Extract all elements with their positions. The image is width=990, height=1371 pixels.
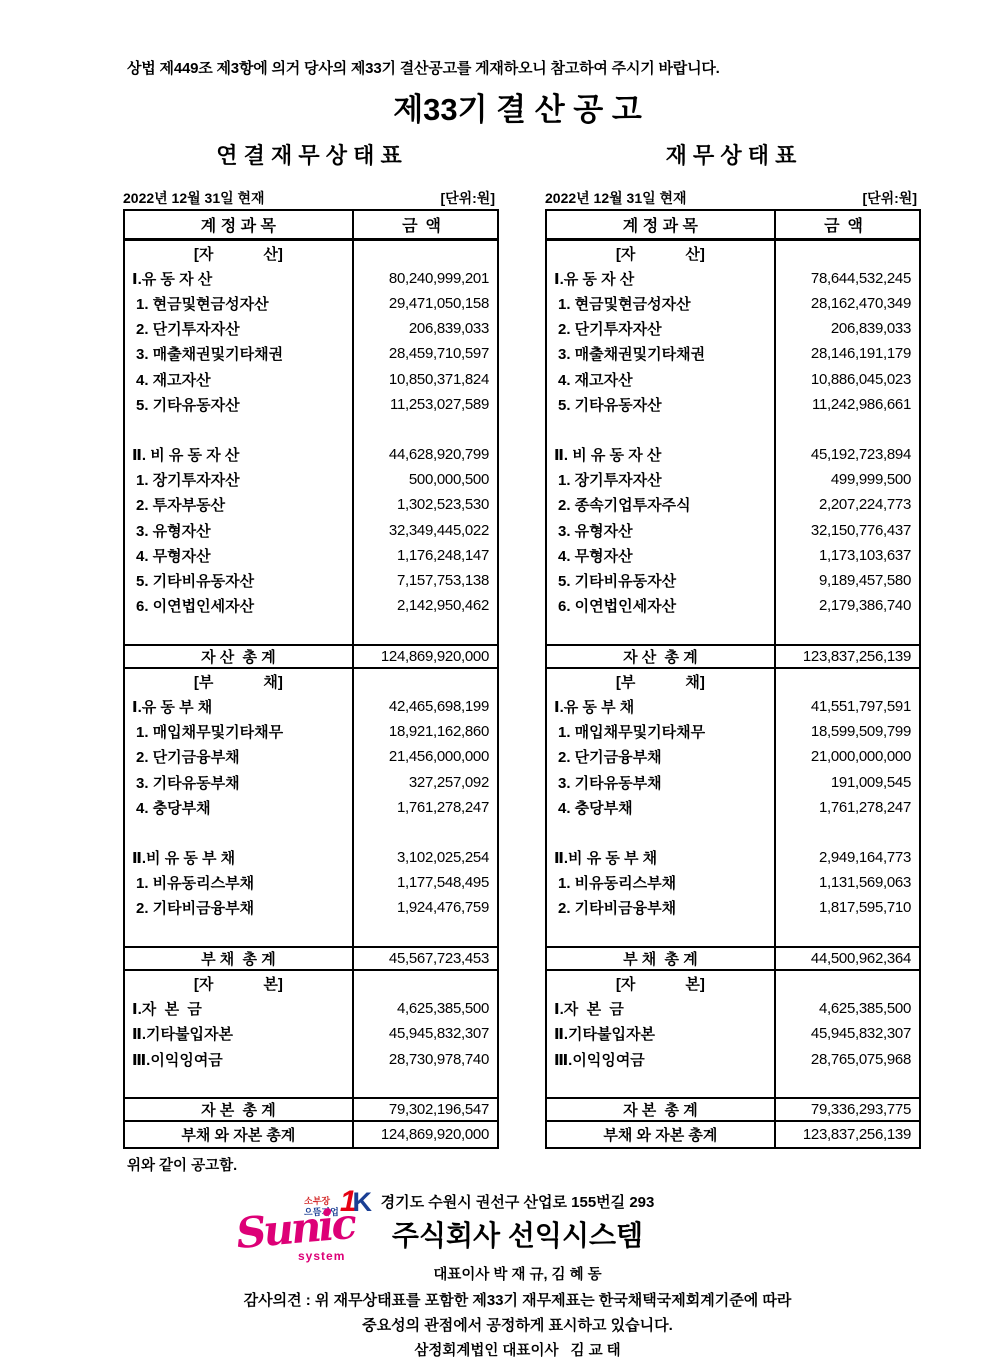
table-row: Ⅰ.유 동 부 채42,465,698,199 [125,694,497,719]
amount-value: 21,000,000,000 [776,744,919,769]
account-label [125,618,354,643]
table-row: 1. 장기투자자산499,999,500 [547,467,919,492]
amount-value: 79,336,293,775 [776,1099,919,1120]
account-label: 1. 장기투자자산 [125,467,354,492]
account-label: 부 채 총 계 [547,948,776,969]
total-row: 부채 와 자본 총계123,837,256,139 [547,1122,919,1147]
table-row: 1. 장기투자자산500,000,500 [125,467,497,492]
account-label: Ⅰ.자 본 금 [547,996,776,1021]
account-label: Ⅲ.이익잉여금 [547,1047,776,1072]
amount-value: 123,837,256,139 [776,1122,919,1147]
amount-value: 45,945,832,307 [776,1021,919,1046]
account-label: Ⅰ.유 동 부 채 [547,694,776,719]
account-label: 2. 단기투자자산 [125,316,354,341]
account-label [125,417,354,442]
company-name: 주식회사 선익시스템 [30,1214,990,1254]
account-label: 6. 이연법인세자산 [547,593,776,618]
balance-sheet-table: 계 정 과 목금 액[자 산]Ⅰ.유 동 자 산78,644,532,2451.… [545,209,921,1149]
account-label: [자 산] [547,241,776,266]
amount-value: 29,471,050,158 [354,291,497,316]
account-label: 부채 와 자본 총계 [125,1122,354,1147]
account-label: Ⅰ.유 동 자 산 [547,266,776,291]
account-label: 자 산 총 계 [125,646,354,667]
as-of-date: 2022년 12월 31일 현재 [545,188,687,208]
account-label: Ⅰ.유 동 자 산 [125,266,354,291]
amount-value [354,241,497,266]
amount-value: 2,142,950,462 [354,593,497,618]
amount-value [776,669,919,694]
table-header-row: 계 정 과 목금 액 [125,211,497,241]
account-label: 3. 기타유동부채 [125,769,354,794]
table-row [125,417,497,442]
table-row: Ⅰ.자 본 금4,625,385,500 [125,996,497,1021]
amount-value: 28,146,191,179 [776,341,919,366]
unit-label: [단위:원] [440,188,495,208]
account-label: 5. 기타유동자산 [547,392,776,417]
table-row: 1. 비유동리스부채1,131,569,063 [547,870,919,895]
account-label: 2. 종속기업투자주식 [547,492,776,517]
account-label: Ⅱ.비 유 동 부 채 [547,845,776,870]
table-row: 2. 종속기업투자주식2,207,224,773 [547,492,919,517]
table-header-row: 계 정 과 목금 액 [547,211,919,241]
table-row [125,921,497,946]
table-row: 1. 현금및현금성자산28,162,470,349 [547,291,919,316]
account-label: Ⅱ.비 유 동 부 채 [125,845,354,870]
account-label: 3. 매출채권및기타채권 [125,341,354,366]
account-label: 4. 재고자산 [547,366,776,391]
amount-value: 1,177,548,495 [354,870,497,895]
amount-column-header: 금 액 [354,211,497,238]
amount-value: 41,551,797,591 [776,694,919,719]
account-label: 4. 충당부채 [125,795,354,820]
amount-value: 79,302,196,547 [354,1099,497,1120]
account-label: 1. 장기투자자산 [547,467,776,492]
table-row: 3. 기타유동부채191,009,545 [547,769,919,794]
account-label: Ⅲ.이익잉여금 [125,1047,354,1072]
as-of-date: 2022년 12월 31일 현재 [123,188,265,208]
settlement-announcement-document: 상법 제449조 제3항에 의거 당사의 제33기 결산공고를 게재하오니 참고… [0,0,990,1371]
amount-value: 28,162,470,349 [776,291,919,316]
amount-value: 124,869,920,000 [354,646,497,667]
account-label: 부 채 총 계 [125,948,354,969]
amount-value: 1,924,476,759 [354,895,497,920]
table-row: 3. 유형자산32,150,776,437 [547,518,919,543]
account-label: 1. 비유동리스부채 [125,870,354,895]
table-row [547,618,919,643]
account-column-header: 계 정 과 목 [547,211,776,238]
amount-value [776,241,919,266]
total-row: 부 채 총 계44,500,962,364 [547,946,919,971]
amount-value [776,921,919,946]
table-row: 5. 기타유동자산11,242,986,661 [547,392,919,417]
amount-value: 11,242,986,661 [776,392,919,417]
account-label: 1. 현금및현금성자산 [547,291,776,316]
account-label: 3. 유형자산 [547,518,776,543]
amount-value: 1,176,248,147 [354,543,497,568]
balance-sheet-title: 재 무 상 태 표 [545,139,917,170]
amount-value [776,1072,919,1097]
account-label: 1. 비유동리스부채 [547,870,776,895]
account-label [547,921,776,946]
table-row: 4. 무형자산1,173,103,637 [547,543,919,568]
account-column-header: 계 정 과 목 [125,211,354,238]
amount-value: 10,850,371,824 [354,366,497,391]
amount-value: 1,173,103,637 [776,543,919,568]
account-label: 6. 이연법인세자산 [125,593,354,618]
table-row [125,618,497,643]
amount-value: 191,009,545 [776,769,919,794]
account-label [547,618,776,643]
amount-value: 45,567,723,453 [354,948,497,969]
account-label: 2. 단기금융부채 [125,744,354,769]
table-row: 2. 투자부동산1,302,523,530 [125,492,497,517]
account-label: Ⅰ.자 본 금 [125,996,354,1021]
table-row [125,1072,497,1097]
table-row: Ⅲ.이익잉여금28,765,075,968 [547,1047,919,1072]
account-label: Ⅱ.기타불입자본 [547,1021,776,1046]
table-row [547,417,919,442]
table-row [547,921,919,946]
table-row: 2. 단기투자자산206,839,033 [547,316,919,341]
amount-value [776,618,919,643]
amount-value: 78,644,532,245 [776,266,919,291]
amount-value: 11,253,027,589 [354,392,497,417]
amount-value: 1,817,595,710 [776,895,919,920]
account-label: [부 채] [547,669,776,694]
table-row: Ⅱ.비 유 동 부 채3,102,025,254 [125,845,497,870]
amount-value [776,820,919,845]
amount-value: 1,761,278,247 [776,795,919,820]
table-row: 6. 이연법인세자산2,142,950,462 [125,593,497,618]
ceo-line: 대표이사 박 재 규, 김 혜 동 [30,1263,990,1284]
amount-value: 2,207,224,773 [776,492,919,517]
amount-value: 28,730,978,740 [354,1047,497,1072]
account-label: 부채 와 자본 총계 [547,1122,776,1147]
account-label: Ⅰ.유 동 부 채 [125,694,354,719]
amount-value: 206,839,033 [354,316,497,341]
amount-value: 32,150,776,437 [776,518,919,543]
table-row: Ⅲ.이익잉여금28,730,978,740 [125,1047,497,1072]
amount-value [354,921,497,946]
account-label: [자 산] [125,241,354,266]
amount-value: 9,189,457,580 [776,568,919,593]
account-label: 4. 무형자산 [547,543,776,568]
table-row: 5. 기타비유동자산9,189,457,580 [547,568,919,593]
consolidated-balance-sheet-title: 연 결 재 무 상 태 표 [123,139,495,170]
amount-value: 80,240,999,201 [354,266,497,291]
account-label: 2. 기타비금융부채 [547,895,776,920]
amount-value: 123,837,256,139 [776,646,919,667]
amount-value: 7,157,753,138 [354,568,497,593]
table-row: Ⅱ.기타불입자본45,945,832,307 [125,1021,497,1046]
table-row: 4. 재고자산10,850,371,824 [125,366,497,391]
table-row: 3. 기타유동부채327,257,092 [125,769,497,794]
table-row: 5. 기타비유동자산7,157,753,138 [125,568,497,593]
amount-value [776,971,919,996]
amount-value [354,971,497,996]
table-row: Ⅰ.유 동 자 산80,240,999,201 [125,266,497,291]
amount-value: 1,302,523,530 [354,492,497,517]
amount-value: 45,192,723,894 [776,442,919,467]
amount-value: 1,761,278,247 [354,795,497,820]
account-label: 자 본 총 계 [125,1099,354,1120]
audit-opinion-line1: 감사의견 : 위 재무상태표를 포함한 제33기 재무제표는 한국채택국제회계기… [30,1289,990,1310]
table-row: [자 산] [547,241,919,266]
amount-value: 18,921,162,860 [354,719,497,744]
table-row: 1. 매입채무및기타채무18,921,162,860 [125,719,497,744]
amount-value: 2,179,386,740 [776,593,919,618]
table-row: Ⅱ. 비 유 동 자 산45,192,723,894 [547,442,919,467]
amount-column-header: 금 액 [776,211,919,238]
account-label: 3. 유형자산 [125,518,354,543]
account-label: 1. 매입채무및기타채무 [547,719,776,744]
total-row: 자 산 총 계124,869,920,000 [125,644,497,669]
table-row: 4. 충당부채1,761,278,247 [125,795,497,820]
amount-value: 327,257,092 [354,769,497,794]
table-row: 3. 유형자산32,349,445,022 [125,518,497,543]
table-row: [부 채] [547,669,919,694]
account-label [547,820,776,845]
account-label: [자 본] [125,971,354,996]
table-row: 6. 이연법인세자산2,179,386,740 [547,593,919,618]
amount-value: 1,131,569,063 [776,870,919,895]
account-label: 자 산 총 계 [547,646,776,667]
amount-value: 44,628,920,799 [354,442,497,467]
total-row: 자 산 총 계123,837,256,139 [547,644,919,669]
standalone-table-meta: 2022년 12월 31일 현재 [단위:원] [545,188,917,208]
table-row: 1. 매입채무및기타채무18,599,509,799 [547,719,919,744]
amount-value: 21,456,000,000 [354,744,497,769]
amount-value: 3,102,025,254 [354,845,497,870]
account-label: 1. 현금및현금성자산 [125,291,354,316]
account-label: 자 본 총 계 [547,1099,776,1120]
account-label [547,1072,776,1097]
table-row: [자 산] [125,241,497,266]
table-row: [자 본] [547,971,919,996]
table-row: 5. 기타유동자산11,253,027,589 [125,392,497,417]
table-row: 1. 현금및현금성자산29,471,050,158 [125,291,497,316]
table-row [547,820,919,845]
account-label: 2. 기타비금융부채 [125,895,354,920]
page-title: 제33기 결 산 공 고 [30,84,990,129]
total-row: 자 본 총 계79,302,196,547 [125,1097,497,1122]
account-label: 2. 단기투자자산 [547,316,776,341]
amount-value: 10,886,045,023 [776,366,919,391]
company-address: 경기도 수원시 권선구 산업로 155번길 293 [30,1191,990,1212]
table-row [125,820,497,845]
amount-value [354,1072,497,1097]
amount-value [354,618,497,643]
amount-value: 28,765,075,968 [776,1047,919,1072]
table-row: [자 본] [125,971,497,996]
total-row: 부채 와 자본 총계124,869,920,000 [125,1122,497,1147]
amount-value: 32,349,445,022 [354,518,497,543]
table-row: 1. 비유동리스부채1,177,548,495 [125,870,497,895]
amount-value: 500,000,500 [354,467,497,492]
account-label: 1. 매입채무및기타채무 [125,719,354,744]
total-row: 자 본 총 계79,336,293,775 [547,1097,919,1122]
account-label: 2. 단기금융부채 [547,744,776,769]
table-row: 2. 단기금융부채21,000,000,000 [547,744,919,769]
account-label: 2. 투자부동산 [125,492,354,517]
account-label [125,820,354,845]
account-label: 4. 충당부채 [547,795,776,820]
account-label: 5. 기타비유동자산 [547,568,776,593]
auditor-signature-line: 삼정회계법인 대표이사 김 교 태 [30,1339,990,1360]
amount-value: 4,625,385,500 [776,996,919,1021]
table-row: Ⅱ. 비 유 동 자 산44,628,920,799 [125,442,497,467]
announcement-closing-line: 위와 같이 공고함. [127,1154,237,1175]
account-label: 3. 기타유동부채 [547,769,776,794]
account-label: 4. 재고자산 [125,366,354,391]
table-row: 2. 기타비금융부채1,924,476,759 [125,895,497,920]
account-label: Ⅱ.기타불입자본 [125,1021,354,1046]
table-row: Ⅱ.비 유 동 부 채2,949,164,773 [547,845,919,870]
table-row: 4. 충당부채1,761,278,247 [547,795,919,820]
account-label: Ⅱ. 비 유 동 자 산 [125,442,354,467]
amount-value: 28,459,710,597 [354,341,497,366]
account-label: 5. 기타비유동자산 [125,568,354,593]
table-row: 3. 매출채권및기타채권28,146,191,179 [547,341,919,366]
account-label: 5. 기타유동자산 [125,392,354,417]
account-label [547,417,776,442]
total-row: 부 채 총 계45,567,723,453 [125,946,497,971]
account-label: Ⅱ. 비 유 동 자 산 [547,442,776,467]
table-row: Ⅰ.유 동 자 산78,644,532,245 [547,266,919,291]
amount-value: 2,949,164,773 [776,845,919,870]
table-row: Ⅱ.기타불입자본45,945,832,307 [547,1021,919,1046]
table-row: 2. 단기투자자산206,839,033 [125,316,497,341]
account-label: 3. 매출채권및기타채권 [547,341,776,366]
account-label [125,1072,354,1097]
account-label: 4. 무형자산 [125,543,354,568]
amount-value [776,417,919,442]
table-row: 2. 기타비금융부채1,817,595,710 [547,895,919,920]
table-row: 2. 단기금융부채21,456,000,000 [125,744,497,769]
amount-value: 45,945,832,307 [354,1021,497,1046]
amount-value [354,669,497,694]
table-row: Ⅰ.유 동 부 채41,551,797,591 [547,694,919,719]
amount-value: 124,869,920,000 [354,1122,497,1147]
audit-opinion-line2: 중요성의 관점에서 공정하게 표시하고 있습니다. [30,1314,990,1335]
account-label [125,921,354,946]
table-row: 4. 재고자산10,886,045,023 [547,366,919,391]
amount-value [354,417,497,442]
amount-value: 499,999,500 [776,467,919,492]
amount-value: 4,625,385,500 [354,996,497,1021]
consolidated-table-meta: 2022년 12월 31일 현재 [단위:원] [123,188,495,208]
table-row: Ⅰ.자 본 금4,625,385,500 [547,996,919,1021]
table-row: [부 채] [125,669,497,694]
amount-value: 44,500,962,364 [776,948,919,969]
intro-paragraph: 상법 제449조 제3항에 의거 당사의 제33기 결산공고를 게재하오니 참고… [127,57,720,78]
amount-value: 42,465,698,199 [354,694,497,719]
amount-value: 206,839,033 [776,316,919,341]
table-row: 3. 매출채권및기타채권28,459,710,597 [125,341,497,366]
amount-value [354,820,497,845]
account-label: [자 본] [547,971,776,996]
account-label: [부 채] [125,669,354,694]
consolidated-balance-sheet-table: 계 정 과 목금 액[자 산]Ⅰ.유 동 자 산80,240,999,2011.… [123,209,499,1149]
table-row: 4. 무형자산1,176,248,147 [125,543,497,568]
amount-value: 18,599,509,799 [776,719,919,744]
table-row [547,1072,919,1097]
unit-label: [단위:원] [862,188,917,208]
